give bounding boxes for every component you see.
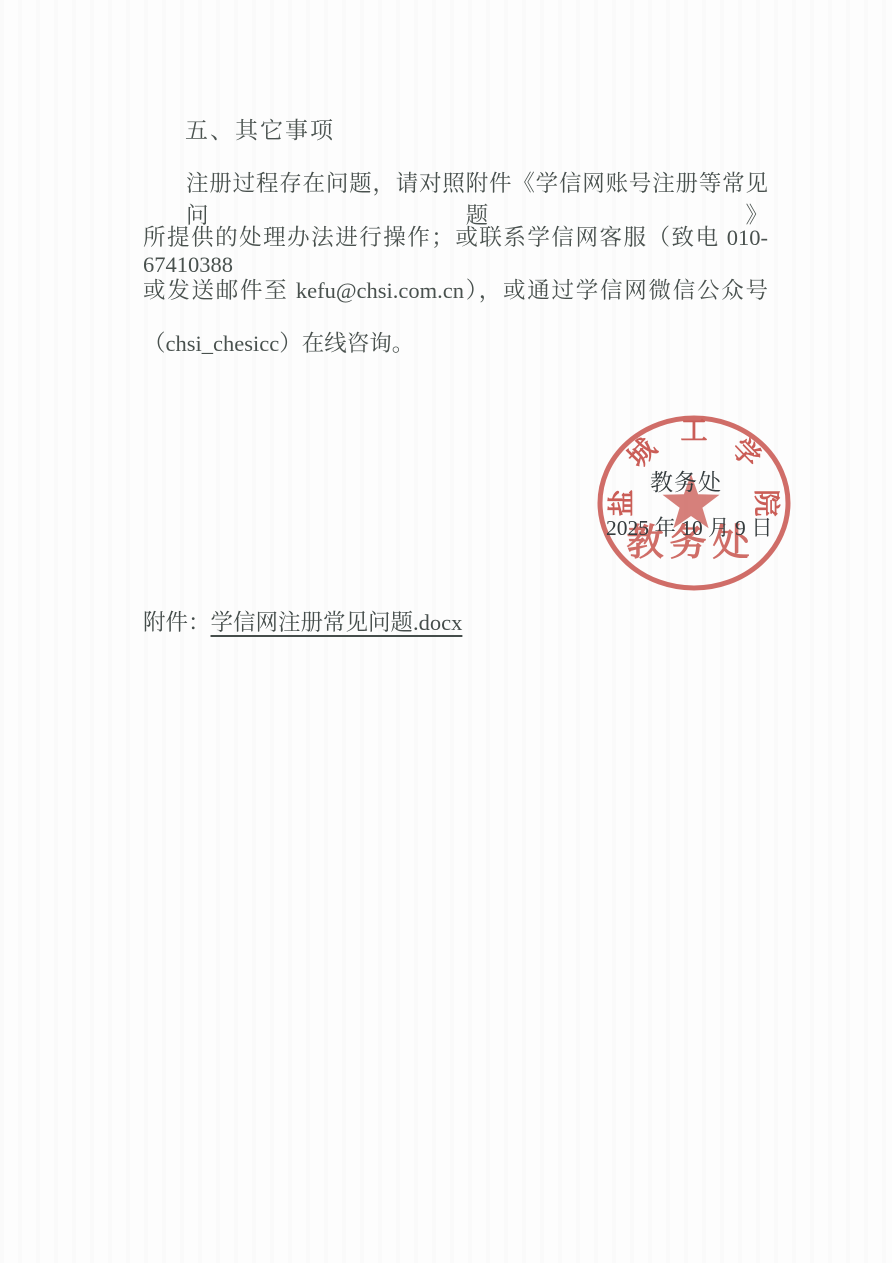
date-signature: 2025 年 10 月 9 日 xyxy=(606,511,773,542)
attachment-link[interactable]: 学信网注册常见问题.docx xyxy=(211,610,463,635)
paragraph-line-2: 所提供的处理办法进行操作；或联系学信网客服（致电 010-67410388 xyxy=(143,220,768,278)
paragraph-line-4: （chsi_chesicc）在线咨询。 xyxy=(143,326,768,358)
seal-graphic: 盐 城 工 学 院 教务处 xyxy=(592,403,796,595)
official-seal: 盐 城 工 学 院 教务处 xyxy=(592,403,796,595)
paragraph-line-3: 或发送邮件至 kefu@chsi.com.cn），或通过学信网微信公众号 xyxy=(143,273,768,305)
document-page: 五、其它事项 注册过程存在问题，请对照附件《学信网账号注册等常见问题》 所提供的… xyxy=(0,0,892,1263)
attachment-label: 附件： xyxy=(143,610,211,635)
department-signature: 教务处 xyxy=(650,464,722,497)
section-heading: 五、其它事项 xyxy=(185,112,335,145)
seal-ring-char: 学 xyxy=(726,433,766,473)
seal-ring-char: 工 xyxy=(681,416,708,446)
attachment-line: 附件：学信网注册常见问题.docx xyxy=(143,605,462,637)
